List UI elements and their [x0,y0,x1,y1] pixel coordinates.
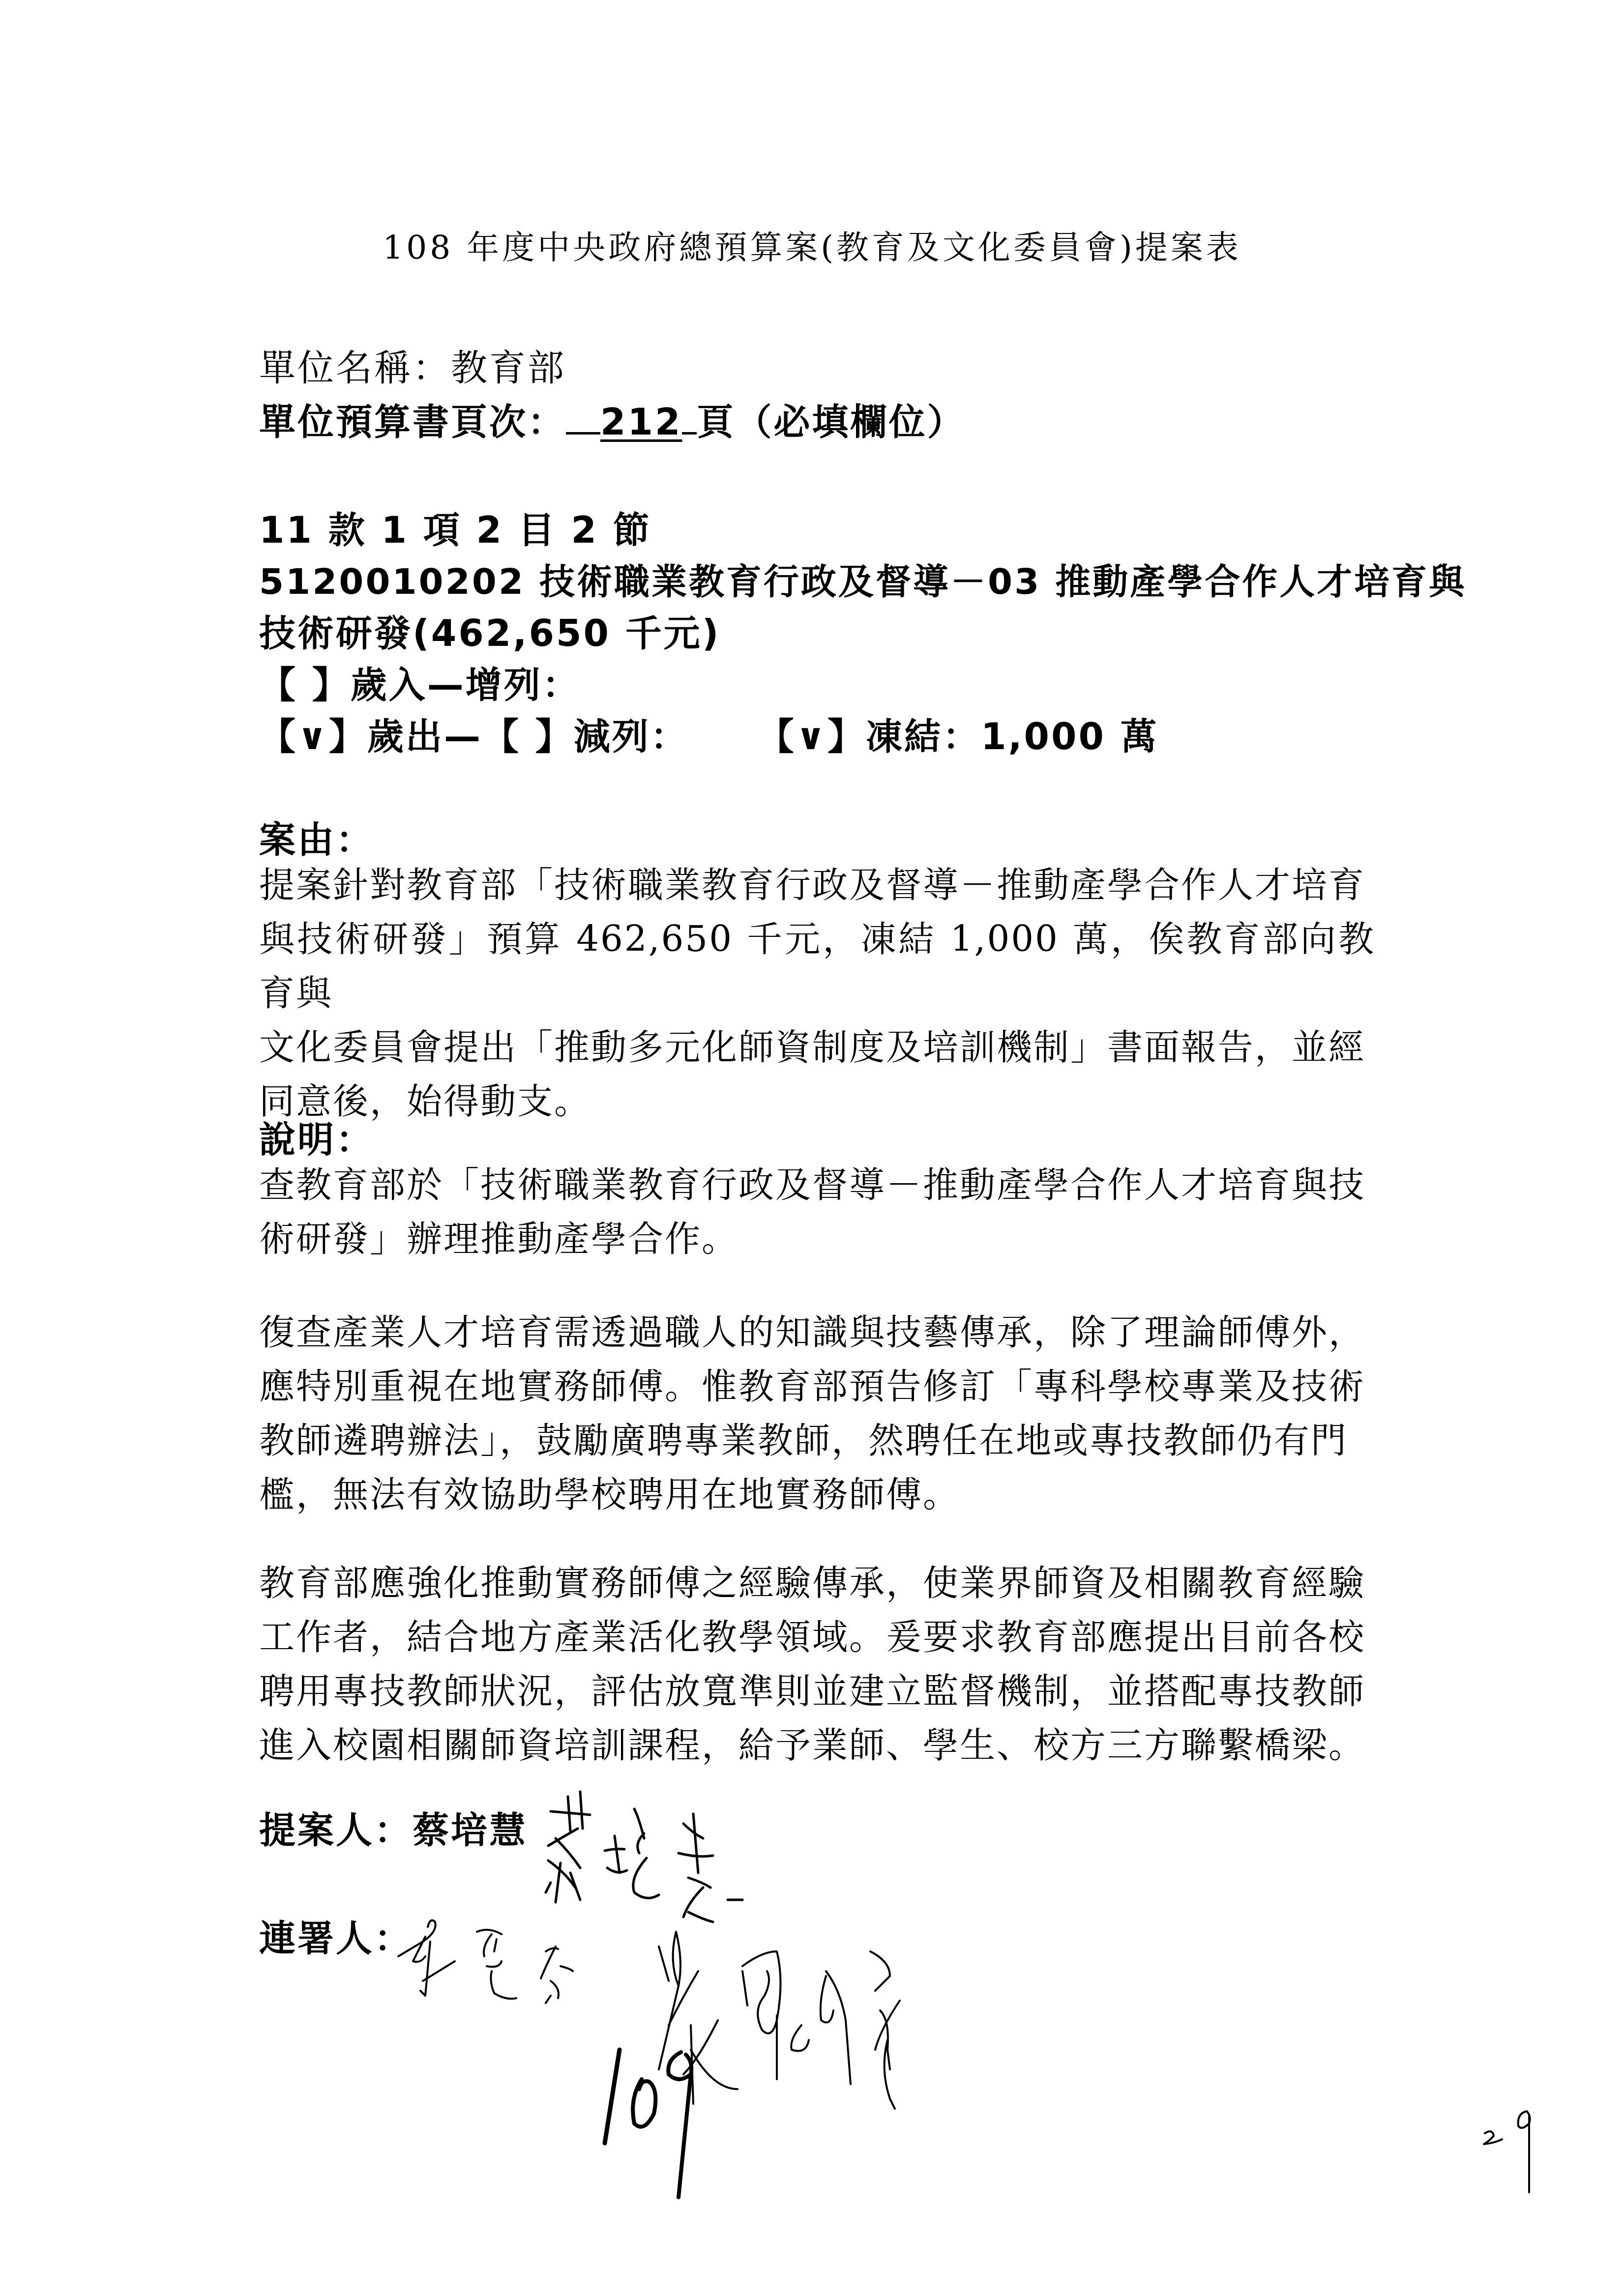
unit-name-label: 單位名稱： [259,347,451,389]
section-code: 11 款 1 項 2 目 2 節 [259,501,651,553]
expenditure-label: 歲出— [367,716,482,758]
explanation-paragraph-2: 復查產業人才培育需透過職人的知識與技藝傳承，除了理論師傅外， 應特別重視在地實務… [259,1305,1375,1521]
explanation-line: 術研發」辦理推動產學合作。 [259,1212,1375,1266]
reduce-label: 減列： [574,716,689,758]
handwritten-note-109 [600,2040,757,2209]
explanation-line: 查教育部於「技術職業教育行政及督導－推動產學合作人才培育與技 [259,1158,1375,1212]
expenditure-checkbox: 【∨】 [259,716,367,758]
proposer-label: 提案人： [259,1809,413,1852]
explanation-paragraph-1: 查教育部於「技術職業教育行政及督導－推動產學合作人才培育與技 術研發」辦理推動產… [259,1158,1375,1266]
explanation-line: 聘用專技教師狀況，評估放寬準則並建立監督機制，並搭配專技教師 [259,1664,1375,1718]
explanation-line: 教師遴聘辦法」，鼓勵廣聘專業教師，然聘任在地或專技教師仍有門 [259,1413,1375,1467]
explanation-line: 檻，無法有效協助學校聘用在地實務師傅。 [259,1467,1375,1521]
expenditure-row: 【∨】歲出—【 】減列：【∨】凍結：1,000 萬 [259,708,1159,760]
unit-name-value: 教育部 [451,347,566,389]
program-line-1: 5120010202 技術職業教育行政及督導－03 推動產學合作人才培育與 [259,553,1466,604]
reason-line: 與技術研發」預算 462,650 千元，凍結 1,000 萬，俟教育部向教育與 [259,912,1375,1020]
budget-page-value: 212 [600,401,682,443]
program-line-2: 技術研發(462,650 千元) [259,605,720,657]
freeze-checkbox: 【∨】 [758,716,866,758]
underline-blank [566,432,600,435]
reduce-checkbox: 【 】 [482,716,574,758]
explanation-heading: 說明： [259,1111,374,1163]
explanation-line: 應特別重視在地實務師傅。惟教育部預告修訂「專科學校專業及技術 [259,1359,1375,1413]
reason-line: 提案針對教育部「技術職業教育行政及督導－推動產學合作人才培育 [259,858,1375,912]
freeze-label: 凍結： [866,716,981,758]
reason-line: 文化委員會提出「推動多元化師資制度及培訓機制」書面報告，並經 [259,1020,1375,1074]
handwritten-page-number: 29 [1480,2109,1549,2199]
budget-page-row: 單位預算書頁次：212頁（必填欄位） [259,393,965,445]
explanation-paragraph-3: 教育部應強化推動實務師傅之經驗傳承，使業界師資及相關教育經驗 工作者，結合地方產… [259,1556,1375,1772]
reason-body: 提案針對教育部「技術職業教育行政及督導－推動產學合作人才培育 與技術研發」預算 … [259,858,1375,1128]
revenue-checkbox: 【 】 [259,664,351,706]
proposer-row: 提案人：蔡培慧 [259,1802,528,1854]
scanned-document-page: 108 年度中央政府總預算案(教育及文化委員會)提案表 單位名稱：教育部 單位預… [0,0,1624,2296]
document-title: 108 年度中央政府總預算案(教育及文化委員會)提案表 [0,221,1624,268]
unit-name-row: 單位名稱：教育部 [259,339,566,391]
reason-heading: 案由： [259,811,374,863]
explanation-line: 工作者，結合地方產業活化教學領域。爰要求教育部應提出目前各校 [259,1610,1375,1664]
explanation-line: 教育部應強化推動實務師傅之經驗傳承，使業界師資及相關教育經驗 [259,1556,1375,1610]
reason-line: 同意後，始得動支。 [259,1074,1375,1128]
page-number-text: 29 [1480,2109,1480,2109]
proposer-name: 蔡培慧 [413,1809,528,1852]
revenue-increase-label: 歲入—增列： [351,664,581,706]
underline-blank [682,432,697,435]
freeze-value: 1,000 萬 [981,716,1159,758]
revenue-increase-row: 【 】歲入—增列： [259,656,581,708]
explanation-line: 復查產業人才培育需透過職人的知識與技藝傳承，除了理論師傅外， [259,1305,1375,1359]
budget-page-suffix: 頁（必填欄位） [697,401,965,443]
budget-page-label: 單位預算書頁次： [259,401,566,443]
explanation-line: 進入校園相關師資培訓課程，給予業師、學生、校方三方聯繫橋梁。 [259,1718,1375,1772]
